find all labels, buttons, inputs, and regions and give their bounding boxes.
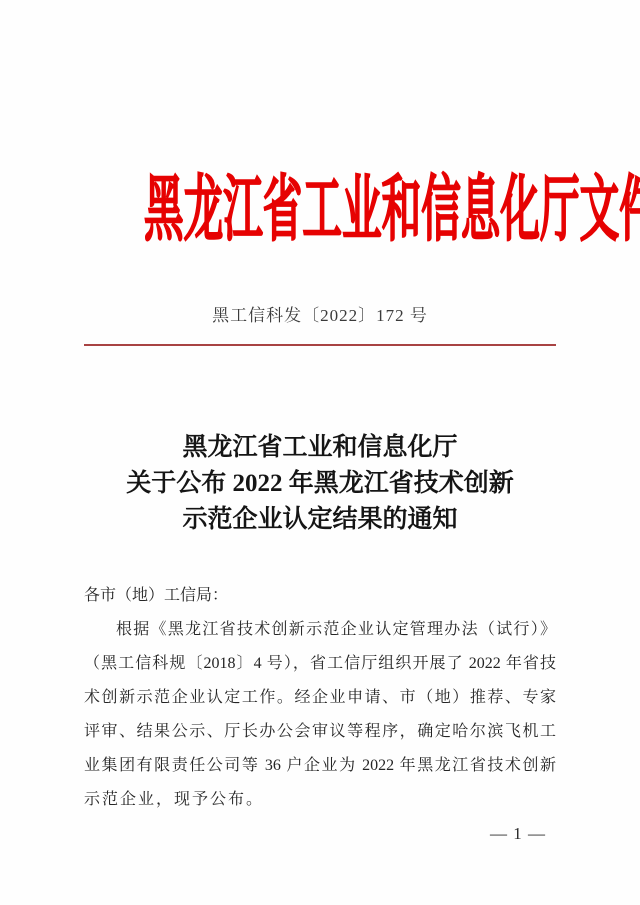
body-line-4: 评审、结果公示、厅长办公会审议等程序，确定哈尔滨飞机工 — [84, 715, 556, 749]
body-line-1: 根据《黑龙江省技术创新示范企业认定管理办法（试行）》 — [84, 613, 556, 647]
notice-body: 各市（地）工信局： 根据《黑龙江省技术创新示范企业认定管理办法（试行）》 （黑工… — [84, 579, 556, 817]
notice-title-line-3: 示范企业认定结果的通知 — [0, 502, 640, 538]
document-number: 黑工信科发〔2022〕172 号 — [0, 304, 640, 328]
red-separator-line — [84, 344, 556, 346]
page-number: — 1 — — [490, 824, 546, 844]
salutation: 各市（地）工信局： — [84, 579, 556, 613]
notice-title-line-2: 关于公布 2022 年黑龙江省技术创新 — [0, 466, 640, 502]
body-line-6: 示范企业，现予公布。 — [84, 783, 556, 817]
document-page: 黑龙江省工业和信息化厅文件 黑工信科发〔2022〕172 号 黑龙江省工业和信息… — [0, 0, 640, 905]
body-line-3: 术创新示范企业认定工作。经企业申请、市（地）推荐、专家 — [84, 681, 556, 715]
letterhead-title: 黑龙江省工业和信息化厅文件 — [144, 168, 496, 252]
notice-title-line-1: 黑龙江省工业和信息化厅 — [0, 430, 640, 466]
body-line-2: （黑工信科规〔2018〕4 号），省工信厅组织开展了 2022 年省技 — [84, 647, 556, 681]
notice-title: 黑龙江省工业和信息化厅 关于公布 2022 年黑龙江省技术创新 示范企业认定结果… — [0, 430, 640, 538]
body-line-5: 业集团有限责任公司等 36 户企业为 2022 年黑龙江省技术创新 — [84, 749, 556, 783]
